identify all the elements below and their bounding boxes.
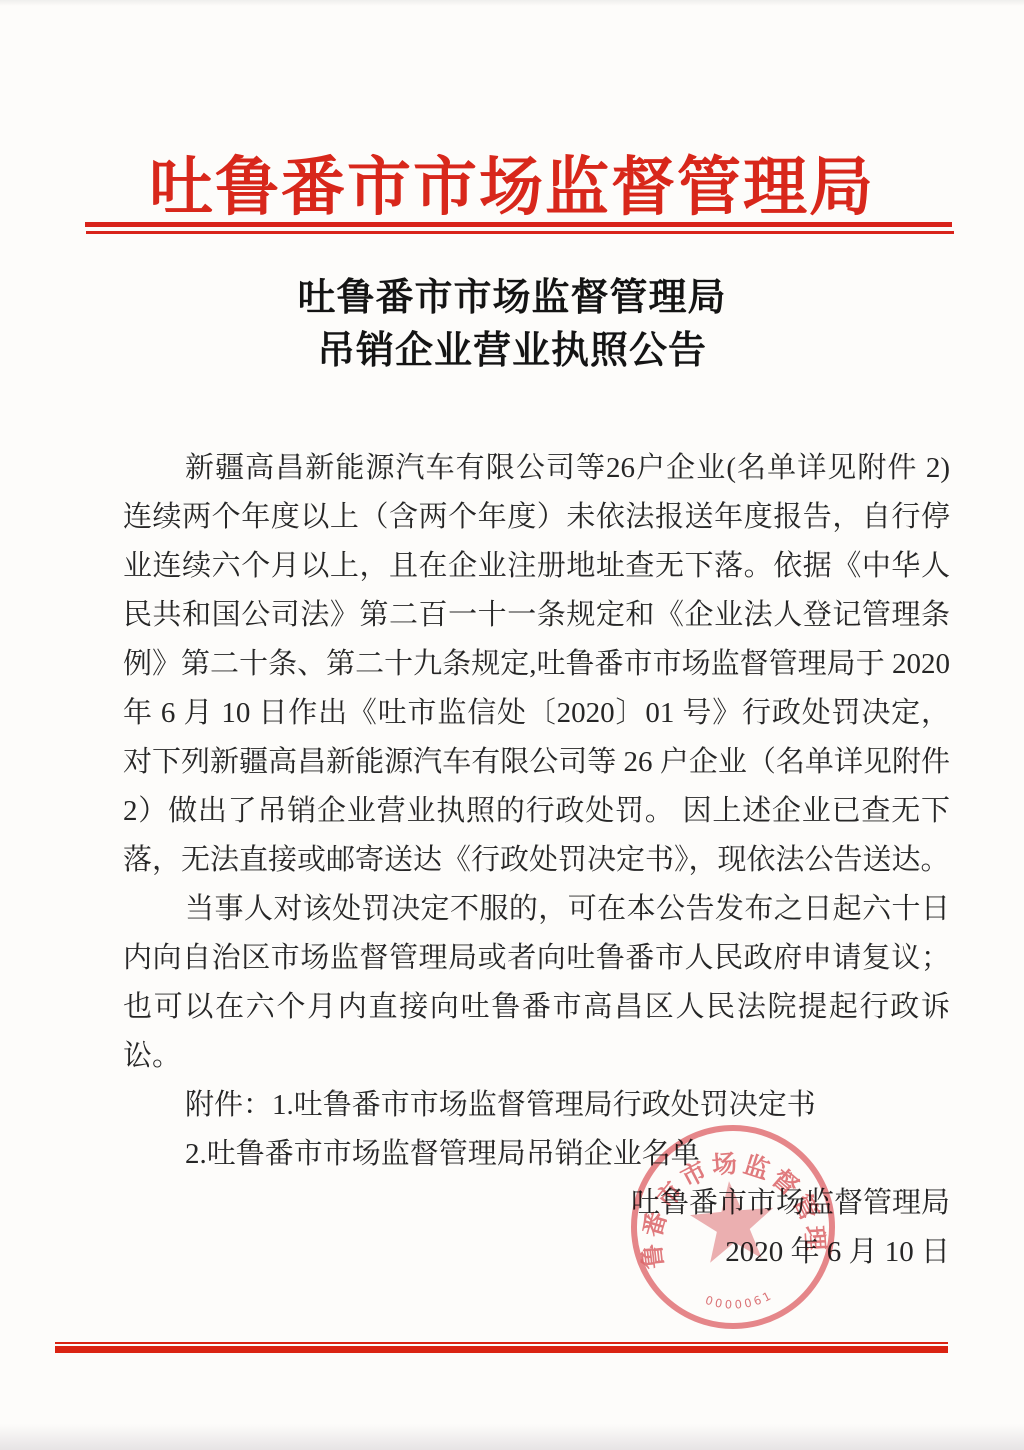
footer-rule-thick	[55, 1346, 948, 1353]
official-red-seal: 吐鲁番市市场监督管理局 0000061	[616, 1110, 850, 1344]
document-title-line1: 吐鲁番市市场监督管理局	[0, 272, 1024, 325]
document-title-line2: 吊销企业营业执照公告	[0, 325, 1024, 378]
body-paragraph-1: 新疆高昌新能源汽车有限公司等26户企业(名单详见附件 2)连续两个年度以上（含两…	[123, 444, 950, 885]
footer-rule-thin	[55, 1342, 948, 1344]
letterhead-title: 吐鲁番市市场监督管理局	[0, 136, 1024, 228]
letterhead-rule-thin	[86, 231, 954, 234]
seal-star-icon	[687, 1178, 777, 1265]
body-paragraph-2: 当事人对该处罚决定不服的，可在本公告发布之日起六十日内向自治区市场监督管理局或者…	[123, 885, 950, 1081]
official-document-page: 吐鲁番市市场监督管理局 吐鲁番市市场监督管理局 吊销企业营业执照公告 新疆高昌新…	[0, 0, 1024, 1450]
seal-code: 0000061	[702, 1287, 776, 1314]
letterhead-rule-thick	[85, 222, 952, 227]
document-title: 吐鲁番市市场监督管理局 吊销企业营业执照公告	[0, 272, 1024, 378]
scan-bottom-edge-shadow	[0, 1424, 1024, 1450]
scan-top-edge-shadow	[0, 0, 1024, 6]
